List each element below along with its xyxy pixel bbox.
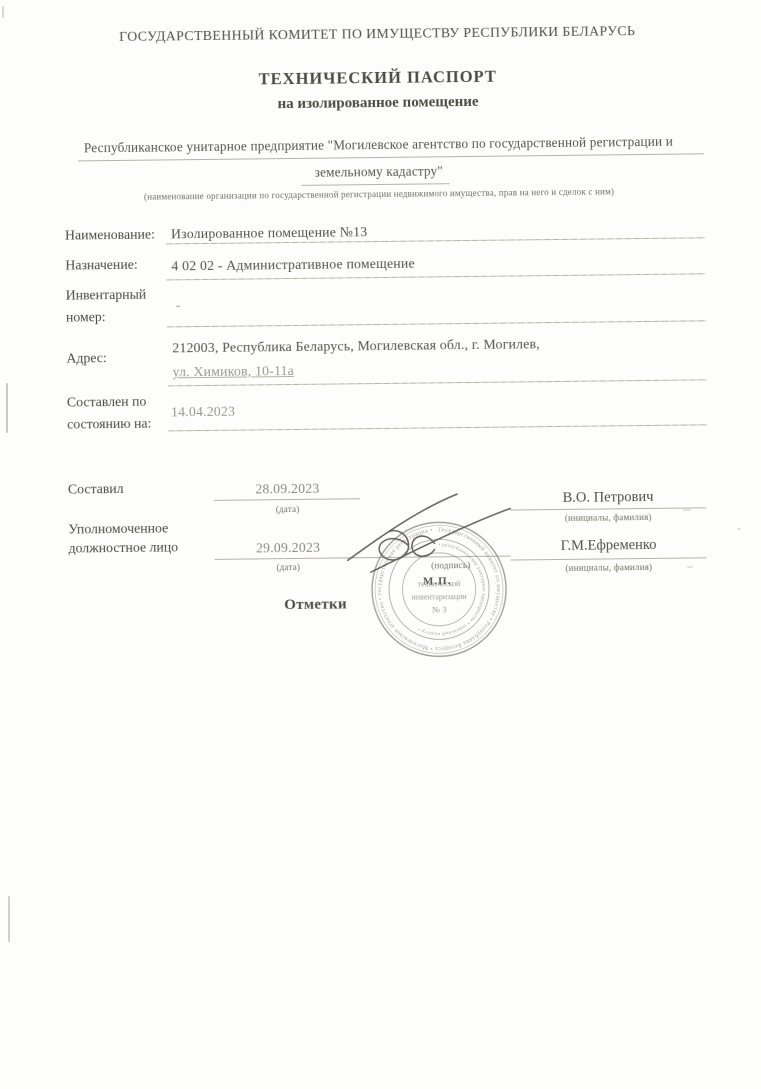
field-address-label: Адрес: (66, 350, 106, 366)
stamp-place-mark: М.П. (423, 575, 452, 587)
stamp-center-line2: инвентаризации (412, 592, 468, 602)
field-inventory-label-line1: Инвентарный (66, 287, 147, 304)
field-address-value-line2: ул. Химиков, 10-11а (172, 363, 294, 380)
field-name-label: Наименование: (65, 227, 155, 244)
field-inventory-label-line2: номер: (66, 309, 106, 325)
org-caption: (наименование организации по государстве… (39, 185, 720, 203)
document-page: ГОСУДАРСТВЕННЫЙ КОМИТЕТ ПО ИМУЩЕСТВУ РЕС… (0, 0, 761, 1089)
field-underline (167, 273, 706, 280)
field-asof-label-line2: состоянию на: (67, 416, 151, 433)
signature-role-authorized-line1: Уполномоченное (68, 520, 168, 537)
field-name-value: Изолированное помещение №13 (171, 224, 367, 242)
signature-line (510, 507, 706, 510)
field-underline (168, 379, 707, 386)
committee-header: ГОСУДАРСТВЕННЫЙ КОМИТЕТ ПО ИМУЩЕСТВУ РЕС… (0, 22, 758, 47)
signature-name-compiled: В.О. Петрович (510, 488, 706, 507)
field-underline (167, 320, 706, 327)
field-address-value-line1: 212003, Республика Беларусь, Могилевская… (172, 336, 540, 356)
field-inventory-value: - (176, 297, 181, 313)
stamp-center-line3: № 3 (432, 604, 447, 614)
name-caption: (инициалы, фамилия) (510, 511, 706, 523)
name-caption: (инициалы, фамилия) (511, 561, 707, 573)
signature-role-compiled: Составил (68, 481, 124, 498)
field-purpose-value: 4 02 02 - Административное помещение (171, 256, 415, 275)
org-underline (301, 183, 449, 186)
field-underline (168, 424, 707, 431)
field-purpose-label: Назначение: (65, 257, 137, 274)
signature-name-authorized: Г.М.Ефременко (510, 536, 706, 555)
field-asof-label-line1: Составлен по (67, 394, 147, 411)
handwritten-signature (330, 480, 531, 578)
org-name-line2: земельному кадастру" (38, 160, 719, 184)
signature-line (511, 557, 707, 560)
signature-role-authorized-line2: должностное лицо (68, 539, 178, 556)
field-asof-value: 14.04.2023 (171, 404, 235, 421)
doc-subtitle: на изолированное помещение (0, 91, 759, 117)
marks-label: Отметки (284, 596, 347, 614)
doc-title: ТЕХНИЧЕСКИЙ ПАСПОРТ (0, 64, 758, 93)
